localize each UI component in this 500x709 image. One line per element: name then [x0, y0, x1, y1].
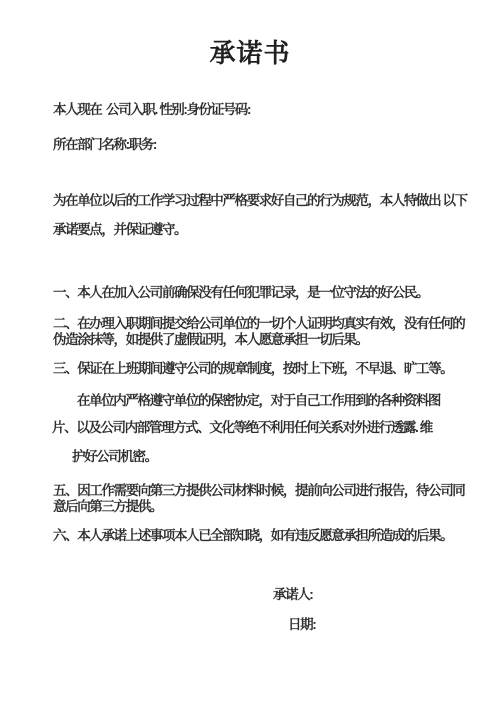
document-title: 承诺书 [0, 33, 500, 70]
commitment-item-6: 六、本人承诺上述事项本人已全部知晓，如有违反愿意承担所造成的后果。 [53, 528, 452, 543]
date-label: 日期: [288, 617, 315, 632]
employee-info-line: 本人现在 公司入职. 性别:身份证号码: [53, 102, 250, 117]
document-page: 承诺书 本人现在 公司入职. 性别:身份证号码: 所在部门名称:职务: 为在单位… [0, 0, 500, 709]
commitment-item-1: 一、本人在加入公司前确保没有任何犯罪记录，是一位守法的好公民。 [53, 285, 428, 300]
commitment-item-2-line-1: 二、在办理入职期间提交给公司单位的一切个人证明均真实有效，没有任何的 [53, 316, 464, 331]
signer-label: 承诺人: [273, 587, 312, 602]
commitment-item-3: 三、保证在上班期间遵守公司的规章制度，按时上下班，不早退、旷工等。 [53, 361, 452, 376]
commitment-item-5-line-1: 五、因工作需要向第三方提供公司材料时候，提前向公司进行报告，待公司同 [53, 483, 464, 498]
commitment-item-2-line-2: 伪造涂抹等，如提供了虚假证明，本人愿意承担一切后果。 [53, 332, 368, 347]
intro-line-1: 为在单位以后的工作学习过程中严格要求好自己的行为规范，本人特做出 以下 [53, 193, 467, 208]
intro-line-2: 承诺要点，并保证遵守。 [53, 222, 186, 237]
commitment-item-5-line-2: 意后向第三方提供。 [53, 499, 162, 514]
department-line: 所在部门名称:职务: [53, 137, 156, 152]
commitment-item-4-line-3: 护好公司机密。 [72, 449, 157, 464]
commitment-item-4-line-1: 在单位内严格遵守单位的保密协定，对于自己工作用到的各种资料图 [77, 393, 440, 408]
commitment-item-4-line-2: 片、以及公司内部管理方式、文化等绝不利用任何关系对外进行透露. 维 [52, 420, 432, 435]
